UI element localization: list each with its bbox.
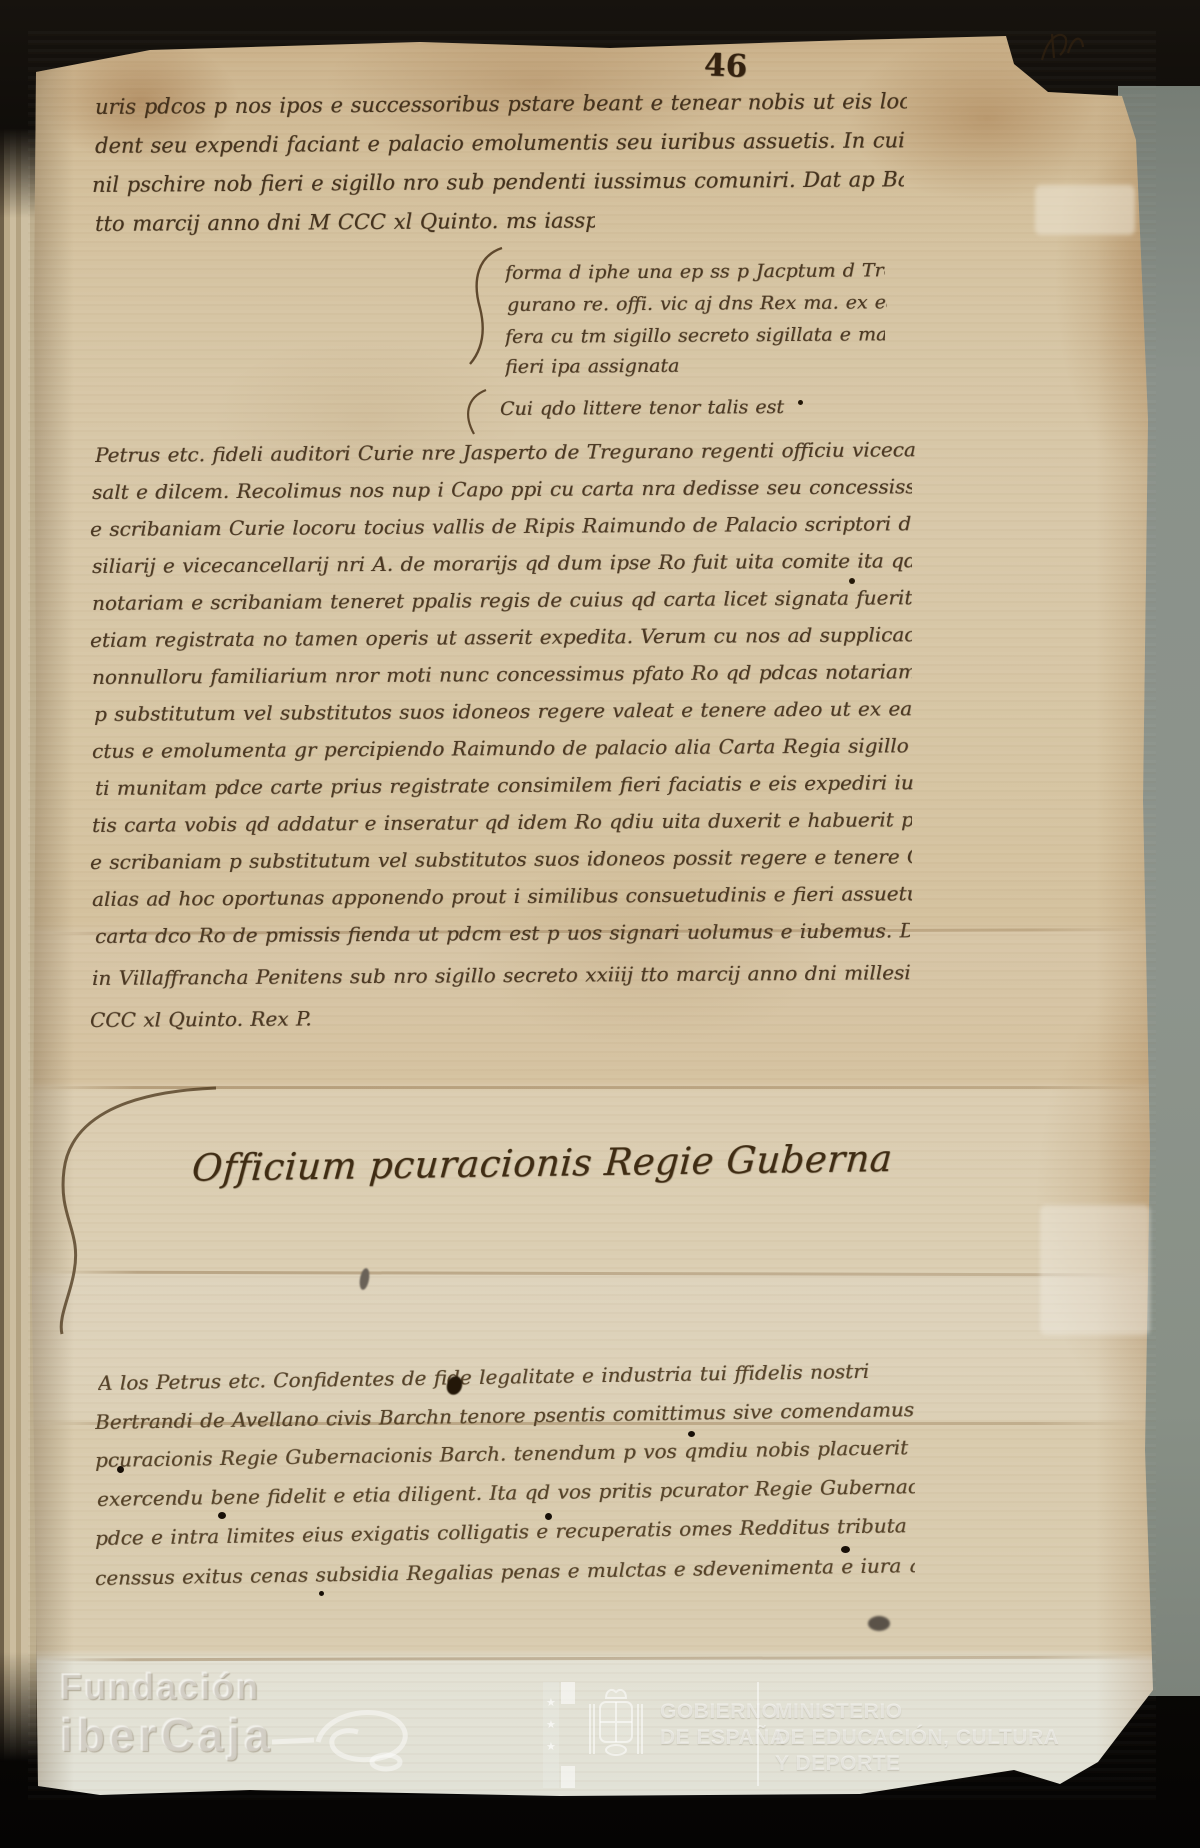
- ink-blot: [868, 1616, 890, 1631]
- eu-star-icon: ★: [546, 1718, 556, 1731]
- entry2-line: CCC xl Quinto. Rex P.: [90, 1006, 390, 1032]
- worm-hole: [841, 1546, 850, 1553]
- eu-star-icon: ★: [546, 1696, 556, 1709]
- watermark-corner-mark: [561, 1682, 575, 1704]
- manuscript-scan: 46 uris pdcos p nos ipos e successoribus…: [0, 0, 1200, 1848]
- worm-hole: [218, 1512, 226, 1519]
- worm-hole: [319, 1591, 324, 1596]
- watermark-divider: [757, 1682, 759, 1786]
- ibercaja-swirl-logo-icon: [268, 1696, 418, 1776]
- intro-line: Cui qdo littere tenor talis est: [500, 396, 790, 420]
- repair-tape: [1035, 185, 1135, 235]
- note-brace: [470, 246, 504, 368]
- note-line: forma d iphe una ep ss p Jacptum d Tre-: [505, 259, 885, 284]
- repair-tape: [1040, 1205, 1150, 1335]
- entry1-line: tto marcij anno dni M CCC xl Quinto. ms …: [95, 209, 595, 236]
- heading-flourish: [48, 1078, 223, 1340]
- worm-hole: [688, 1431, 695, 1437]
- watermark-corner-mark: [561, 1766, 575, 1788]
- note-line: fieri ipa assignata: [505, 354, 725, 378]
- ink-dot: [849, 578, 855, 584]
- folio-number: 46: [703, 47, 747, 84]
- margin-ink-mark: [1038, 24, 1090, 68]
- note-line: gurano re. offi. vic aj dns Rex ma. ex e…: [507, 291, 887, 316]
- worm-hole: [117, 1466, 124, 1473]
- spain-coat-of-arms-icon: [582, 1684, 650, 1766]
- note-line: fera cu tm sigillo secreto sigillata e m…: [505, 323, 885, 348]
- eu-star-icon: ★: [546, 1740, 556, 1753]
- intro-bracket: [462, 388, 488, 436]
- ink-dot: [798, 400, 803, 405]
- worm-hole: [545, 1513, 552, 1520]
